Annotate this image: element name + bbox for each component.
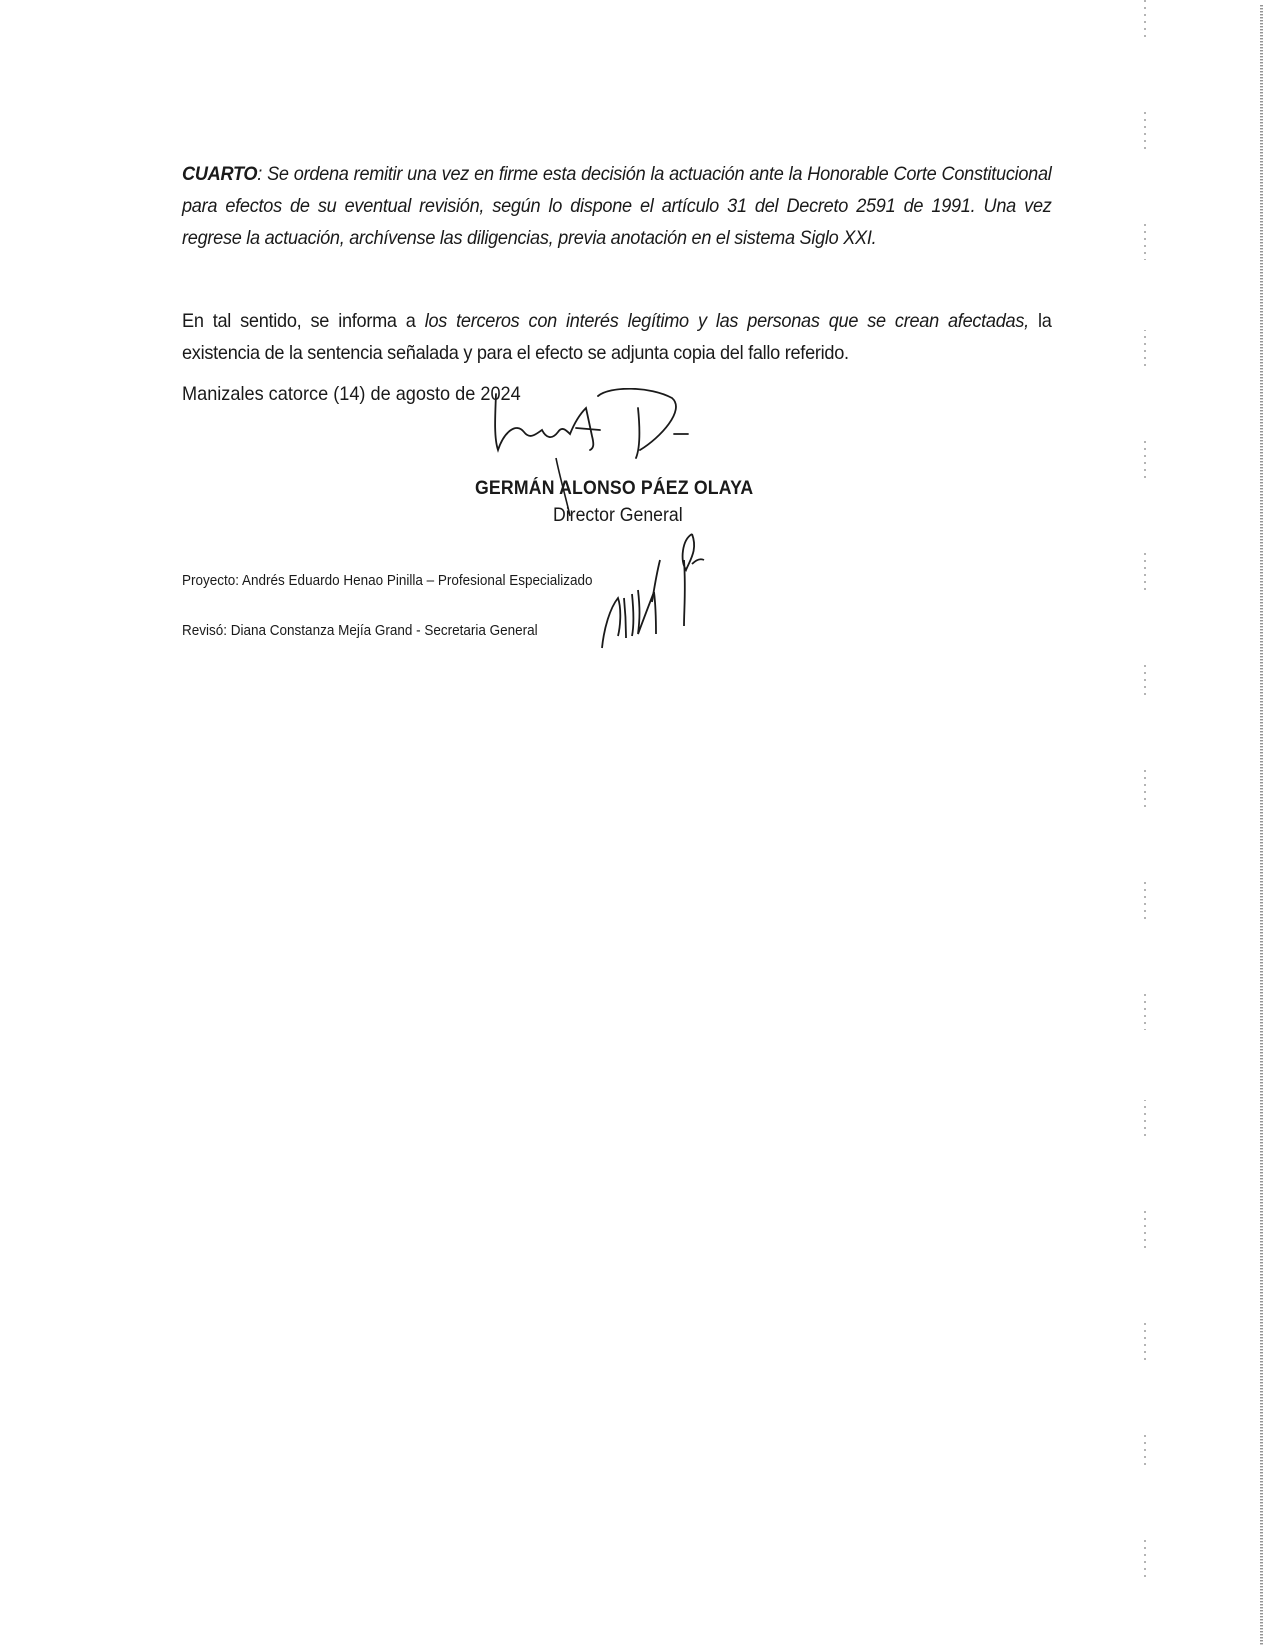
scan-edge (1260, 5, 1263, 1645)
notice-paragraph: En tal sentido, se informa a los tercero… (182, 305, 1052, 369)
initials-icon (640, 530, 720, 640)
credit-proyecto: Proyecto: Andrés Eduardo Henao Pinilla –… (182, 572, 592, 589)
cuarto-label: CUARTO (182, 163, 257, 185)
signer-name: GERMÁN ALONSO PÁEZ OLAYA (475, 478, 753, 500)
signer-title: Director General (553, 505, 683, 527)
initials-icon (598, 578, 668, 658)
notice-italic: los terceros con interés legítimo y las … (425, 310, 1029, 332)
cuarto-paragraph: CUARTO: Se ordena remitir una vez en fir… (182, 158, 1052, 254)
credit-reviso: Revisó: Diana Constanza Mejía Grand - Se… (182, 622, 538, 639)
document-page: CUARTO: Se ordena remitir una vez en fir… (0, 0, 1275, 1650)
cuarto-text: : Se ordena remitir una vez en firme est… (182, 163, 1052, 249)
date-line: Manizales catorce (14) de agosto de 2024 (182, 383, 521, 406)
scan-artifact (1144, 0, 1146, 1650)
notice-lead: En tal sentido, se informa a (182, 310, 425, 332)
